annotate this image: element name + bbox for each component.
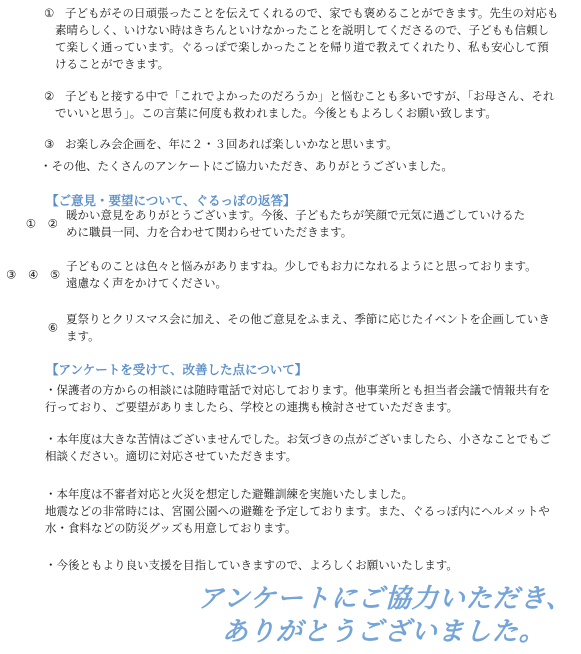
survey-results-document: ① 子どもがその日頑張ったことを伝えてくれるので、家でも褒めることができます。先… bbox=[0, 0, 581, 654]
closing-message-line2: ありがとうございました。 bbox=[189, 616, 579, 649]
response-text: 暖かい意見をありがとうございます。今後、子どもたちが笑顔で元気に過ごしていけるた… bbox=[66, 207, 577, 241]
improvement-item-2: ・本年度は大きな苦情はございませんでした。お気づきの点がございましたら、小さなこ… bbox=[45, 431, 579, 465]
response-text: 子どものことは色々と悩みがありますね。少しでもお力になれるようにと思っております… bbox=[66, 258, 577, 292]
circled-number-markers: ① ② bbox=[6, 216, 62, 233]
circled-number-markers: ⑥ bbox=[6, 320, 62, 337]
feedback-item-1: ① 子どもがその日頑張ったことを伝えてくれるので、家でも褒めることができます。先… bbox=[55, 5, 577, 73]
circled-number-marker: ② bbox=[44, 88, 58, 105]
response-item-1: ① ② 暖かい意見をありがとうございます。今後、子どもたちが笑顔で元気に過ごして… bbox=[66, 207, 577, 241]
section-header-improvements: 【アンケートを受けて、改善した点について】 bbox=[46, 361, 307, 378]
circled-number-marker: ① bbox=[44, 5, 58, 22]
feedback-text: 子どもと接する中で「これでよかったのだろうか」と悩むことも多いですが、「お母さん… bbox=[55, 88, 577, 122]
response-item-2: ③ ④ ⑤ 子どものことは色々と悩みがありますね。少しでもお力になれるようにと思… bbox=[66, 258, 577, 292]
feedback-text: お楽しみ会企画を、年に２・３回あれば楽しいかなと思います。 bbox=[55, 136, 577, 153]
circled-number-markers: ③ ④ ⑤ bbox=[6, 267, 62, 284]
response-text: 夏祭りとクリスマス会に加え、その他ご意見をふまえ、季節に応じたイベントを企画して… bbox=[66, 311, 577, 345]
improvement-item-3: ・本年度は不審者対応と火災を想定した避難訓練を実施いたしました。 地震などの非常… bbox=[45, 486, 579, 537]
feedback-text: 子どもがその日頑張ったことを伝えてくれるので、家でも褒めることができます。先生の… bbox=[55, 5, 577, 73]
improvement-item-4: ・今後ともより良い支援を目指していきますので、よろしくお願いいたします。 bbox=[45, 557, 579, 574]
improvement-item-1: ・保護者の方からの相談には随時電話で対応しております。他事業所とも担当者会議で情… bbox=[45, 382, 579, 416]
feedback-item-other: ・その他、たくさんのアンケートにご協力いただき、ありがとうございました。 bbox=[40, 158, 577, 175]
closing-thank-you-message: アンケートにご協力いただき、 ありがとうございました。 bbox=[189, 583, 580, 649]
closing-message-line1: アンケートにご協力いただき、 bbox=[190, 583, 580, 616]
feedback-item-2: ② 子どもと接する中で「これでよかったのだろうか」と悩むことも多いですが、「お母… bbox=[55, 88, 577, 122]
response-item-3: ⑥ 夏祭りとクリスマス会に加え、その他ご意見をふまえ、季節に応じたイベントを企画… bbox=[66, 311, 577, 345]
feedback-text: ・その他、たくさんのアンケートにご協力いただき、ありがとうございました。 bbox=[40, 158, 577, 175]
circled-number-marker: ③ bbox=[44, 136, 58, 153]
feedback-item-3: ③ お楽しみ会企画を、年に２・３回あれば楽しいかなと思います。 bbox=[55, 136, 577, 153]
